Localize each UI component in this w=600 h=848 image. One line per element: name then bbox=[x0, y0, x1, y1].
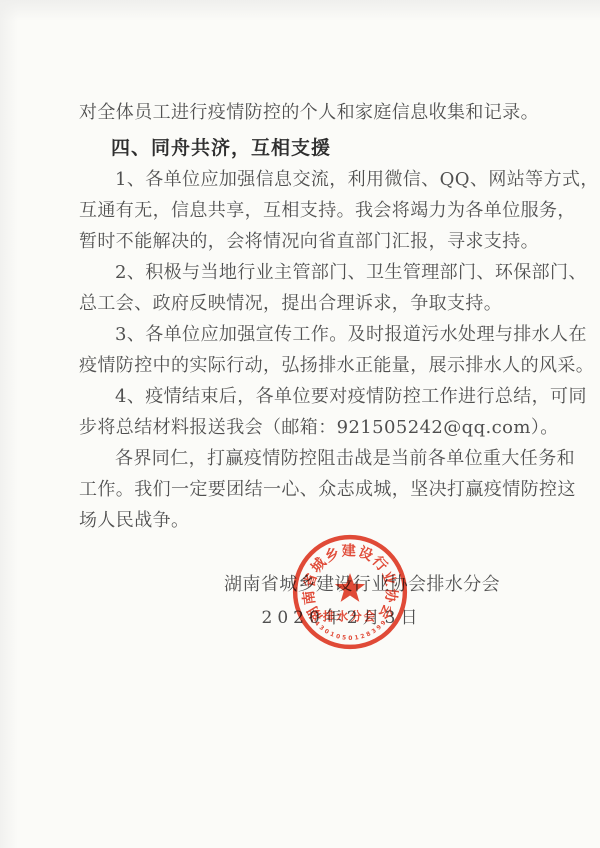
signature-organization: 湖南省城乡建设行业协会排水分会 bbox=[223, 570, 501, 600]
paragraph-3: 3、各单位应加强宣传工作。及时报道污水处理与排水人在 疫情防控中的实际行动，弘扬… bbox=[79, 319, 525, 381]
body-line: 工作。我们一定要团结一心、众志成城，坚决打赢疫情防控这 bbox=[79, 474, 525, 505]
document-body: 对全体员工进行疫情防控的个人和家庭信息收集和记录。 四、同舟共济，互相支援 1、… bbox=[79, 0, 525, 633]
paragraph-1: 1、各单位应加强信息交流，利用微信、QQ、网站等方式， 互通有无，信息共享，互相… bbox=[79, 164, 525, 257]
section-heading: 四、同舟共济，互相支援 bbox=[79, 133, 525, 164]
paragraph-2: 2、积极与当地行业主管部门、卫生管理部门、环保部门、 总工会、政府反映情况，提出… bbox=[79, 257, 525, 319]
body-line: 暂时不能解决的，会将情况向省直部门汇报，寻求支持。 bbox=[79, 226, 525, 257]
paragraph-4: 4、疫情结束后，各单位要对疫情防控工作进行总结，可同 步将总结材料报送我会（邮箱… bbox=[79, 381, 525, 443]
body-line: 4、疫情结束后，各单位要对疫情防控工作进行总结，可同 bbox=[79, 381, 525, 412]
paragraph-5: 各界同仁，打赢疫情防控阻击战是当前各单位重大任务和 工作。我们一定要团结一心、众… bbox=[79, 443, 525, 536]
body-line: 2、积极与当地行业主管部门、卫生管理部门、环保部门、 bbox=[79, 257, 525, 288]
signature-block: 湖南省城乡建设行业协会排水分会 2020年2月3日 bbox=[223, 570, 501, 633]
body-line: 各界同仁，打赢疫情防控阻击战是当前各单位重大任务和 bbox=[79, 443, 525, 474]
signature-date: 2020年2月3日 bbox=[203, 603, 481, 633]
body-line: 疫情防控中的实际行动，弘扬排水正能量，展示排水人的风采。 bbox=[79, 350, 525, 381]
body-line: 步将总结材料报送我会（邮箱：921505242@qq.com）。 bbox=[79, 412, 525, 443]
body-line: 3、各单位应加强宣传工作。及时报道污水处理与排水人在 bbox=[79, 319, 525, 350]
body-line: 场人民战争。 bbox=[79, 505, 525, 536]
body-line-continuation: 对全体员工进行疫情防控的个人和家庭信息收集和记录。 bbox=[79, 97, 525, 128]
body-line: 1、各单位应加强信息交流，利用微信、QQ、网站等方式， bbox=[79, 164, 525, 195]
scanned-document-page: 对全体员工进行疫情防控的个人和家庭信息收集和记录。 四、同舟共济，互相支援 1、… bbox=[0, 0, 600, 848]
body-line: 总工会、政府反映情况，提出合理诉求，争取支持。 bbox=[79, 288, 525, 319]
body-line: 互通有无，信息共享，互相支持。我会将竭力为各单位服务， bbox=[79, 195, 525, 226]
